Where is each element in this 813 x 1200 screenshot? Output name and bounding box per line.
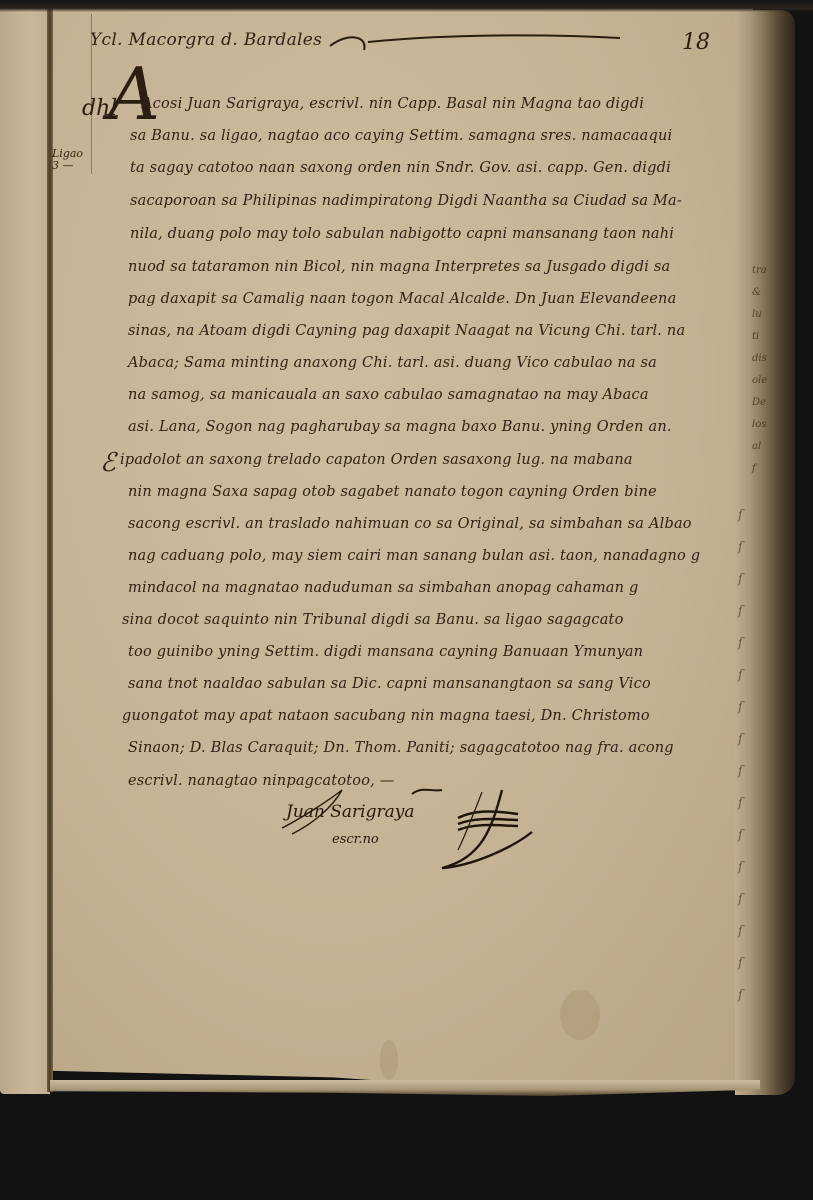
fragment: ole bbox=[752, 370, 778, 392]
text-line: ta sagay catotoo naan saxong orden nin S… bbox=[130, 160, 671, 176]
text-line: guongatot may apat nataon sacubang nin m… bbox=[122, 708, 650, 724]
text-line: sinas, na Atoam digdi Cayning pag daxapi… bbox=[128, 323, 685, 339]
fragment: De bbox=[752, 392, 778, 414]
decorated-initial: A bbox=[108, 58, 160, 130]
fragment: tra bbox=[752, 260, 778, 282]
margin-note-line: 3 — bbox=[52, 160, 83, 172]
margin-note: Ligao 3 — bbox=[52, 148, 83, 172]
text-line: nag caduang polo, may siem cairi man san… bbox=[128, 548, 700, 564]
text-line: nin magna Saxa sapag otob sagabet nanato… bbox=[128, 484, 657, 500]
text-line: sana tnot naaldao sabulan sa Dic. capni … bbox=[128, 676, 651, 692]
fragment: & bbox=[752, 282, 778, 304]
fragment: ti bbox=[752, 326, 778, 348]
fragment: dis bbox=[752, 348, 778, 370]
text-line: escrivl. nanagtao ninpagcatotoo, — bbox=[128, 773, 394, 789]
fragment: los bbox=[752, 414, 778, 436]
header-title: Ycl. Macorgra d. Bardales bbox=[90, 30, 322, 50]
fragment: al bbox=[752, 436, 778, 458]
signature-name: Juan Sarigraya bbox=[286, 802, 414, 822]
left-page-edge bbox=[0, 4, 50, 1094]
signature-role: escr.no bbox=[332, 832, 379, 847]
page-edge-marks: ſſſſſſſſſſſſſſſſ bbox=[738, 500, 758, 1012]
paper-stain bbox=[560, 990, 600, 1040]
page-header: Ycl. Macorgra d. Bardales 18 bbox=[88, 24, 728, 64]
text-line: asi. Lana, Sogon nag pagharubay sa magna… bbox=[128, 419, 672, 435]
text-line: Sinaon; D. Blas Caraquit; Dn. Thom. Pani… bbox=[128, 740, 674, 756]
text-line: Abaca; Sama minting anaxong Chi. tarl. a… bbox=[128, 355, 657, 371]
folio-number: 18 bbox=[682, 30, 710, 55]
text-line: sacong escrivl. an traslado nahimuan co … bbox=[128, 516, 692, 532]
text-line: pag daxapit sa Camalig naan togon Macal … bbox=[128, 291, 676, 307]
text-line: nuod sa tataramon nin Bicol, nin magna I… bbox=[128, 259, 670, 275]
text-line: sacaporoan sa Philipinas nadimpiratong D… bbox=[130, 193, 682, 209]
section-mark: ℰ bbox=[100, 448, 116, 478]
fragment: f bbox=[752, 458, 778, 480]
text-line: sa Banu. sa ligao, nagtao aco caying Set… bbox=[130, 128, 672, 144]
signature-block: Juan Sarigraya escr.no bbox=[272, 788, 552, 878]
text-line: ipadolot an saxong trelado capaton Orden… bbox=[120, 452, 633, 468]
text-line: mindacol na magnatao naduduman sa simbah… bbox=[128, 580, 638, 596]
paper-stain bbox=[380, 1040, 398, 1080]
text-line: Acosi Juan Sarigraya, escrivl. nin Capp.… bbox=[142, 96, 644, 112]
text-line: na samog, sa manicauala an saxo cabulao … bbox=[128, 387, 649, 403]
flourish-icon bbox=[328, 28, 628, 58]
fragment: lu bbox=[752, 304, 778, 326]
text-line: too guinibo yning Settim. digdi mansana … bbox=[128, 644, 643, 660]
top-shadow bbox=[0, 0, 813, 12]
page-bottom-edge bbox=[50, 1080, 760, 1096]
text-line: sina docot saquinto nin Tribunal digdi s… bbox=[122, 612, 624, 628]
facing-page-fragments: tra & lu ti dis ole De los al f bbox=[752, 260, 778, 480]
text-line: nila, duang polo may tolo sabulan nabigo… bbox=[130, 226, 674, 242]
